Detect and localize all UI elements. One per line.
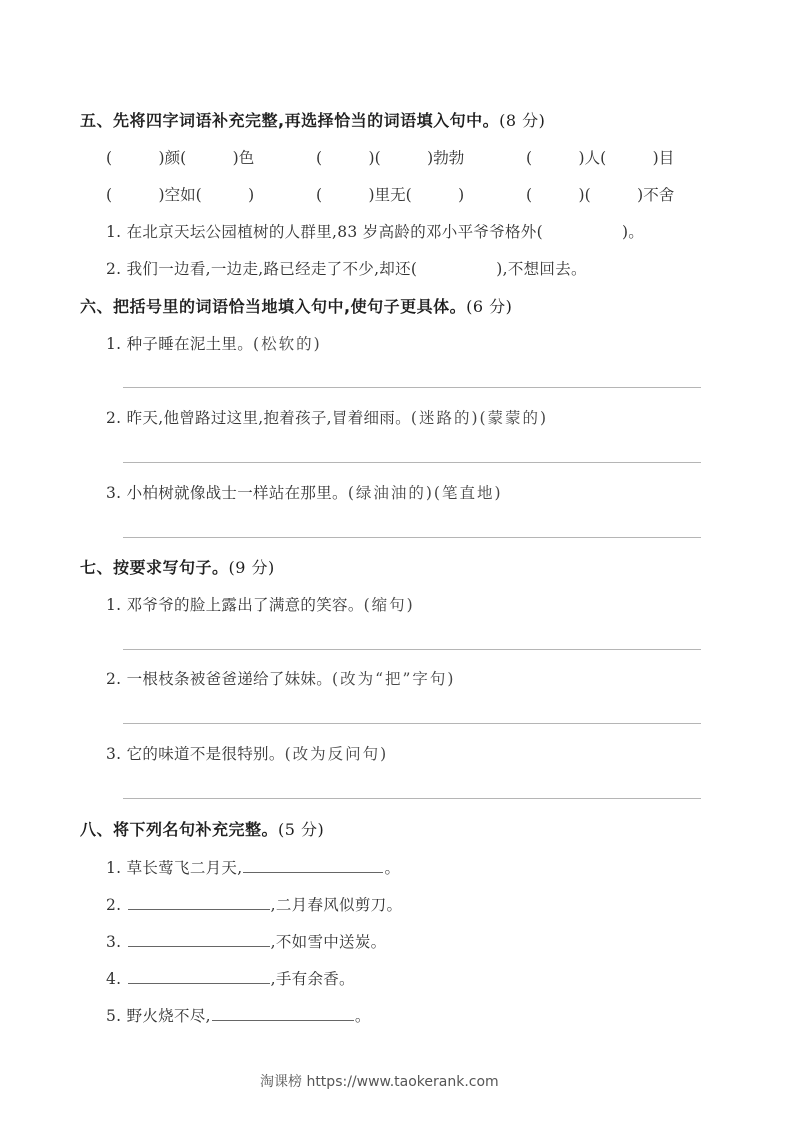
question-text: 3. 它的味道不是很特别。: [106, 745, 285, 763]
poem-blank[interactable]: [128, 932, 270, 947]
poem-blank[interactable]: [128, 969, 270, 984]
poem-prefix: 3.: [106, 933, 127, 951]
section-5-score: (8 分): [499, 111, 545, 130]
section-8-heading: 八、将下列名句补充完整。(5 分): [80, 817, 324, 840]
idiom-5[interactable]: ( )里无( ): [316, 183, 464, 205]
question-hint: (绿油油的)(笔直地): [348, 484, 503, 502]
idiom-6[interactable]: ( )( )不舍: [526, 183, 674, 205]
section-6-question-1: 1. 种子睡在泥土里。(松软的): [106, 332, 322, 354]
question-text: 2. 一根枝条被爸爸递给了妹妹。: [106, 670, 332, 688]
section-6-question-3: 3. 小柏树就像战士一样站在那里。(绿油油的)(笔直地): [106, 481, 503, 503]
question-text: 1. 种子睡在泥土里。: [106, 335, 253, 353]
poem-suffix: ,手有余香。: [271, 970, 355, 988]
poem-item-4: 4. ,手有余香。: [106, 967, 355, 989]
question-hint: (缩句): [364, 596, 415, 614]
section-7-question-1: 1. 邓爷爷的脸上露出了满意的笑容。(缩句): [106, 593, 415, 615]
poem-item-2: 2. ,二月春风似剪刀。: [106, 893, 402, 915]
question-hint: (改为反问句): [285, 745, 389, 763]
section-7-question-2: 2. 一根枝条被爸爸递给了妹妹。(改为“把”字句): [106, 667, 455, 689]
poem-prefix: 1. 草长莺飞二月天,: [106, 859, 242, 877]
poem-blank[interactable]: [243, 858, 383, 873]
section-5-question-2[interactable]: 2. 我们一边看,一边走,路已经走了不少,却还( ),不想回去。: [106, 257, 587, 279]
poem-suffix: ,二月春风似剪刀。: [271, 896, 403, 914]
question-hint: (迷路的)(蒙蒙的): [411, 409, 548, 427]
section-6-question-2: 2. 昨天,他曾路过这里,抱着孩子,冒着细雨。(迷路的)(蒙蒙的): [106, 406, 548, 428]
poem-blank[interactable]: [212, 1006, 354, 1021]
section-6-heading: 六、把括号里的词语恰当地填入句中,使句子更具体。(6 分): [80, 294, 512, 317]
section-5-heading: 五、先将四字词语补充完整,再选择恰当的词语填入句中。(8 分): [80, 108, 545, 131]
poem-prefix: 2.: [106, 896, 127, 914]
section-5-title: 五、先将四字词语补充完整,再选择恰当的词语填入句中。: [80, 111, 499, 130]
answer-line[interactable]: [123, 462, 701, 463]
answer-line[interactable]: [123, 649, 701, 650]
section-6-title: 六、把括号里的词语恰当地填入句中,使句子更具体。: [80, 297, 466, 316]
poem-item-3: 3. ,不如雪中送炭。: [106, 930, 386, 952]
poem-suffix: 。: [355, 1007, 371, 1025]
section-5-question-1[interactable]: 1. 在北京天坛公园植树的人群里,83 岁高龄的邓小平爷爷格外( )。: [106, 220, 644, 242]
question-hint: (改为“把”字句): [332, 670, 455, 688]
poem-suffix: ,不如雪中送炭。: [271, 933, 387, 951]
section-7-heading: 七、按要求写句子。(9 分): [80, 555, 275, 578]
answer-line[interactable]: [123, 387, 701, 388]
idiom-2[interactable]: ( )( )勃勃: [316, 146, 464, 168]
question-text: 2. 昨天,他曾路过这里,抱着孩子,冒着细雨。: [106, 409, 411, 427]
question-hint: (松软的): [253, 335, 322, 353]
section-7-question-3: 3. 它的味道不是很特别。(改为反问句): [106, 742, 388, 764]
poem-item-1: 1. 草长莺飞二月天,。: [106, 856, 400, 878]
idiom-3[interactable]: ( )人( )目: [526, 146, 674, 168]
section-8-score: (5 分): [278, 820, 324, 839]
section-6-score: (6 分): [466, 297, 512, 316]
poem-prefix: 4.: [106, 970, 127, 988]
footer-watermark: 淘课榜 https://www.taokerank.com: [260, 1071, 499, 1091]
section-7-score: (9 分): [229, 558, 275, 577]
section-8-title: 八、将下列名句补充完整。: [80, 820, 278, 839]
idiom-1[interactable]: ( )颜( )色: [106, 146, 254, 168]
poem-suffix: 。: [384, 859, 400, 877]
poem-blank[interactable]: [128, 895, 270, 910]
poem-prefix: 5. 野火烧不尽,: [106, 1007, 211, 1025]
answer-line[interactable]: [123, 798, 701, 799]
answer-line[interactable]: [123, 537, 701, 538]
question-text: 3. 小柏树就像战士一样站在那里。: [106, 484, 348, 502]
question-text: 1. 邓爷爷的脸上露出了满意的笑容。: [106, 596, 364, 614]
poem-item-5: 5. 野火烧不尽,。: [106, 1004, 371, 1026]
answer-line[interactable]: [123, 723, 701, 724]
idiom-4[interactable]: ( )空如( ): [106, 183, 254, 205]
section-7-title: 七、按要求写句子。: [80, 558, 229, 577]
